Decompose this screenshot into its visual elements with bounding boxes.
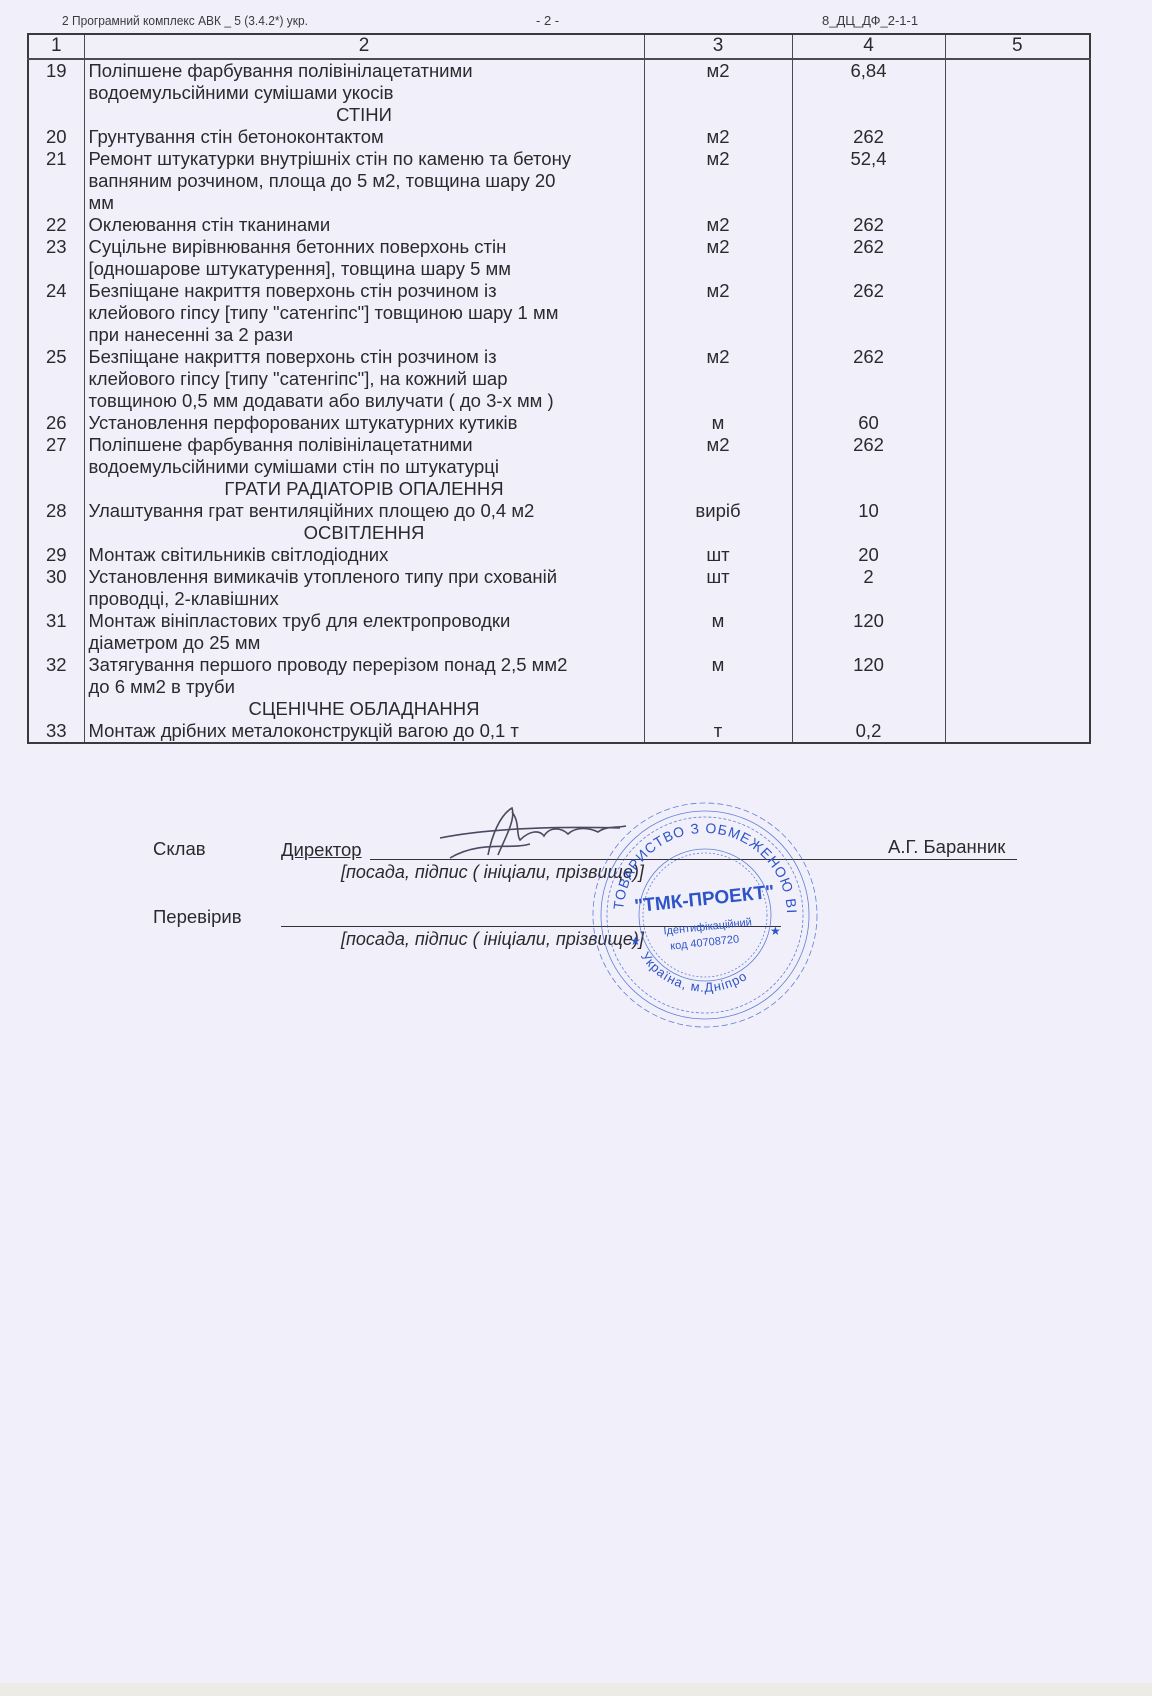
table-row: 20Грунтування стін бетоноконтактомм2262 [28,126,1090,148]
description-line: водоемульсійними сумішами укосів [89,82,640,104]
quantity-cell: 262 [792,214,945,236]
row-number: 31 [28,610,84,654]
work-description: Безпіщане накриття поверхонь стін розчин… [84,346,644,412]
description-line: Поліпшене фарбування полівінілацетатними [89,434,640,456]
work-description: Оклеювання стін тканинами [84,214,644,236]
quantity-cell: 262 [792,434,945,478]
unit-cell [644,104,792,126]
description-line: Безпіщане накриття поверхонь стін розчин… [89,346,640,368]
row-number: 24 [28,280,84,346]
description-line: Монтаж дрібних металоконструкцій вагою д… [89,720,640,742]
section-row: ОСВІТЛЕННЯ [28,522,1090,544]
description-line: клейового гіпсу [типу "сатенгіпс"] товщи… [89,302,640,324]
unit-cell [644,522,792,544]
description-line: Поліпшене фарбування полівінілацетатними [89,60,640,82]
document-code: 8_ДЦ_ДФ_2-1-1 [822,13,918,28]
svg-text:★: ★ [770,924,781,938]
work-description: Суцільне вирівнювання бетонних поверхонь… [84,236,644,280]
row-number: 30 [28,566,84,610]
work-description: Монтаж світильників світлодіодних [84,544,644,566]
table-row: 21Ремонт штукатурки внутрішніх стін по к… [28,148,1090,214]
table-row: 28Улаштування грат вентиляційних площею … [28,500,1090,522]
table-row: 30Установлення вимикачів утопленого типу… [28,566,1090,610]
work-description: Безпіщане накриття поверхонь стін розчин… [84,280,644,346]
svg-text:Україна, м.Дніпро: Україна, м.Дніпро [638,949,750,995]
quantity-cell [792,104,945,126]
description-line: Суцільне вирівнювання бетонних поверхонь… [89,236,640,258]
row-number [28,698,84,720]
table-row: 29Монтаж світильників світлодіоднихшт20 [28,544,1090,566]
table-row: 23Суцільне вирівнювання бетонних поверхо… [28,236,1090,280]
unit-cell: т [644,720,792,743]
row-number [28,522,84,544]
quantity-cell: 0,2 [792,720,945,743]
description-line: Затягування першого проводу перерізом по… [89,654,640,676]
description-line: клейового гіпсу [типу "сатенгіпс"], на к… [89,368,640,390]
row-number: 29 [28,544,84,566]
description-line: Монтаж світильників світлодіодних [89,544,640,566]
table-row: 19Поліпшене фарбування полівінілацетатни… [28,59,1090,104]
description-line: [одношарове штукатурення], товщина шару … [89,258,640,280]
unit-cell: м2 [644,236,792,280]
table-row: 25Безпіщане накриття поверхонь стін розч… [28,346,1090,412]
col5-cell [945,544,1090,566]
table-body: 19Поліпшене фарбування полівінілацетатни… [28,59,1090,743]
unit-cell: м2 [644,148,792,214]
description-line: діаметром до 25 мм [89,632,640,654]
unit-cell: виріб [644,500,792,522]
unit-cell: м2 [644,59,792,104]
col5-cell [945,126,1090,148]
section-row: СТІНИ [28,104,1090,126]
row-number: 21 [28,148,84,214]
description-line: Безпіщане накриття поверхонь стін розчин… [89,280,640,302]
section-title: ГРАТИ РАДІАТОРІВ ОПАЛЕННЯ [84,478,644,500]
svg-text:код 40708720: код 40708720 [670,933,740,952]
description-line: Монтаж вініпластових труб для електропро… [89,610,640,632]
col5-cell [945,698,1090,720]
svg-text:Ідентифікаційний: Ідентифікаційний [663,916,753,937]
row-number [28,104,84,126]
col5-cell [945,434,1090,478]
section-title: СЦЕНІЧНЕ ОБЛАДНАННЯ [84,698,644,720]
unit-cell: шт [644,544,792,566]
section-row: СЦЕНІЧНЕ ОБЛАДНАННЯ [28,698,1090,720]
quantity-cell: 262 [792,236,945,280]
quantity-cell: 262 [792,126,945,148]
col5-cell [945,522,1090,544]
col5-cell [945,104,1090,126]
composed-name-line [875,859,1017,860]
software-label: 2 Програмний комплекс АВК _ 5 (3.4.2*) у… [62,13,308,28]
row-number: 33 [28,720,84,743]
description-line: Оклеювання стін тканинами [89,214,640,236]
scan-edge [0,1683,1152,1696]
column-header: 5 [945,34,1090,59]
table-row: 27Поліпшене фарбування полівінілацетатни… [28,434,1090,478]
unit-cell [644,698,792,720]
quantity-cell [792,698,945,720]
column-header-row: 1 2 3 4 5 [28,34,1090,59]
quantity-cell: 262 [792,280,945,346]
work-description: Грунтування стін бетоноконтактом [84,126,644,148]
page-number: - 2 - [536,13,559,28]
row-number: 23 [28,236,84,280]
col5-cell [945,412,1090,434]
section-row: ГРАТИ РАДІАТОРІВ ОПАЛЕННЯ [28,478,1090,500]
work-description: Поліпшене фарбування полівінілацетатними… [84,434,644,478]
composed-position: Директор [281,839,362,861]
svg-text:★: ★ [630,934,641,948]
column-header: 1 [28,34,84,59]
row-number: 27 [28,434,84,478]
col5-cell [945,478,1090,500]
description-line: мм [89,192,640,214]
unit-cell: м [644,610,792,654]
quantity-cell: 10 [792,500,945,522]
quantity-cell [792,522,945,544]
description-line: до 6 мм2 в труби [89,676,640,698]
table-row: 31Монтаж вініпластових труб для електроп… [28,610,1090,654]
col5-cell [945,214,1090,236]
quantity-cell: 120 [792,654,945,698]
work-description: Установлення вимикачів утопленого типу п… [84,566,644,610]
work-description: Монтаж дрібних металоконструкцій вагою д… [84,720,644,743]
work-description: Монтаж вініпластових труб для електропро… [84,610,644,654]
description-line: водоемульсійними сумішами стін по штукат… [89,456,640,478]
col5-cell [945,500,1090,522]
col5-cell [945,346,1090,412]
description-line: Установлення вимикачів утопленого типу п… [89,566,640,588]
quantity-cell: 120 [792,610,945,654]
col5-cell [945,280,1090,346]
quantity-cell: 52,4 [792,148,945,214]
table-row: 24Безпіщане накриття поверхонь стін розч… [28,280,1090,346]
row-number: 25 [28,346,84,412]
description-line: проводці, 2-клавішних [89,588,640,610]
row-number: 19 [28,59,84,104]
column-header: 3 [644,34,792,59]
row-number: 20 [28,126,84,148]
col5-cell [945,610,1090,654]
col5-cell [945,148,1090,214]
unit-cell [644,478,792,500]
description-line: товщиною 0,5 мм додавати або вилучати ( … [89,390,640,412]
description-line: Установлення перфорованих штукатурних ку… [89,412,640,434]
estimate-table: 1 2 3 4 5 19Поліпшене фарбування полівін… [27,33,1091,744]
description-line: при нанесенні за 2 рази [89,324,640,346]
work-description: Поліпшене фарбування полівінілацетатними… [84,59,644,104]
work-description: Улаштування грат вентиляційних площею до… [84,500,644,522]
description-line: Ремонт штукатурки внутрішніх стін по кам… [89,148,640,170]
work-description: Затягування першого проводу перерізом по… [84,654,644,698]
quantity-cell: 262 [792,346,945,412]
row-number: 26 [28,412,84,434]
column-header: 4 [792,34,945,59]
company-stamp: ТОВАРИСТВО З ОБМЕЖЕНОЮ ВІДПОВІДАЛЬНІСТЮ … [590,800,820,1030]
unit-cell: м2 [644,126,792,148]
work-description: Установлення перфорованих штукатурних ку… [84,412,644,434]
work-description: Ремонт штукатурки внутрішніх стін по кам… [84,148,644,214]
quantity-cell: 20 [792,544,945,566]
svg-text:"ТМК-ПРОЕКТ": "ТМК-ПРОЕКТ" [633,882,775,918]
quantity-cell [792,478,945,500]
row-number [28,478,84,500]
col5-cell [945,236,1090,280]
composed-name: А.Г. Баранник [888,836,1005,858]
description-line: Улаштування грат вентиляційних площею до… [89,500,640,522]
section-title: ОСВІТЛЕННЯ [84,522,644,544]
quantity-cell: 6,84 [792,59,945,104]
checked-label: Перевірив [153,906,242,928]
column-header: 2 [84,34,644,59]
composed-label: Склав [153,838,206,860]
table-row: 32Затягування першого проводу перерізом … [28,654,1090,698]
quantity-cell: 2 [792,566,945,610]
section-title: СТІНИ [84,104,644,126]
description-line: Грунтування стін бетоноконтактом [89,126,640,148]
col5-cell [945,720,1090,743]
col5-cell [945,566,1090,610]
col5-cell [945,654,1090,698]
unit-cell: м2 [644,214,792,236]
table-row: 33Монтаж дрібних металоконструкцій вагою… [28,720,1090,743]
row-number: 32 [28,654,84,698]
table-row: 22Оклеювання стін тканинамим2262 [28,214,1090,236]
table-row: 26Установлення перфорованих штукатурних … [28,412,1090,434]
col5-cell [945,59,1090,104]
unit-cell: м2 [644,280,792,346]
row-number: 22 [28,214,84,236]
description-line: вапняним розчином, площа до 5 м2, товщин… [89,170,640,192]
unit-cell: м2 [644,434,792,478]
unit-cell: шт [644,566,792,610]
quantity-cell: 60 [792,412,945,434]
row-number: 28 [28,500,84,522]
unit-cell: м [644,654,792,698]
unit-cell: м2 [644,346,792,412]
unit-cell: м [644,412,792,434]
page-header: 2 Програмний комплекс АВК _ 5 (3.4.2*) у… [0,11,1152,31]
